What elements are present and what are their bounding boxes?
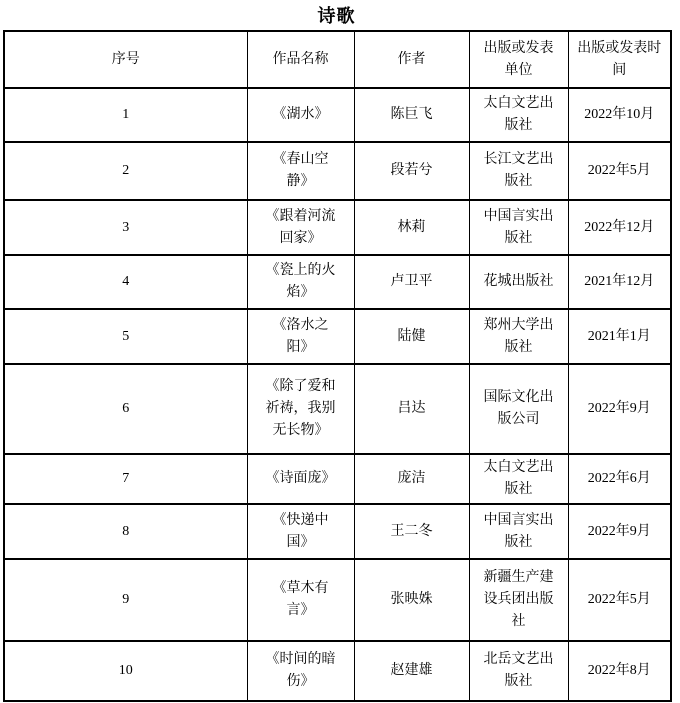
cell-index: 3 — [4, 200, 247, 255]
cell-index: 7 — [4, 454, 247, 504]
cell-date: 2021年12月 — [568, 255, 671, 309]
header-work: 作品名称 — [247, 31, 354, 88]
table-header-row: 序号 作品名称 作者 出版或发表 单位 出版或发表时 间 — [4, 31, 671, 88]
cell-publisher: 新疆生产建 设兵团出版 社 — [469, 559, 568, 641]
cell-author: 庞洁 — [354, 454, 469, 504]
header-author: 作者 — [354, 31, 469, 88]
cell-author: 吕达 — [354, 364, 469, 454]
table-row: 4《瓷上的火 焰》卢卫平花城出版社2021年12月 — [4, 255, 671, 309]
cell-publisher: 中国言实出 版社 — [469, 504, 568, 559]
cell-index: 1 — [4, 88, 247, 142]
cell-date: 2022年9月 — [568, 504, 671, 559]
cell-work-title: 《湖水》 — [247, 88, 354, 142]
document-page: 诗歌 序号 作品名称 作者 出版或发表 单位 出版或发表时 间 1《湖水》陈巨飞… — [0, 0, 680, 703]
cell-index: 8 — [4, 504, 247, 559]
cell-work-title: 《跟着河流 回家》 — [247, 200, 354, 255]
cell-index: 2 — [4, 142, 247, 200]
cell-publisher: 太白文艺出 版社 — [469, 454, 568, 504]
poetry-table: 序号 作品名称 作者 出版或发表 单位 出版或发表时 间 1《湖水》陈巨飞太白文… — [3, 30, 672, 702]
cell-index: 10 — [4, 641, 247, 701]
table-row: 1《湖水》陈巨飞太白文艺出 版社2022年10月 — [4, 88, 671, 142]
cell-work-title: 《时间的暗 伤》 — [247, 641, 354, 701]
cell-publisher: 国际文化出 版公司 — [469, 364, 568, 454]
header-date: 出版或发表时 间 — [568, 31, 671, 88]
cell-author: 林莉 — [354, 200, 469, 255]
cell-date: 2022年12月 — [568, 200, 671, 255]
header-index: 序号 — [4, 31, 247, 88]
cell-date: 2022年10月 — [568, 88, 671, 142]
cell-author: 张映姝 — [354, 559, 469, 641]
table-row: 8《快递中 国》王二冬中国言实出 版社2022年9月 — [4, 504, 671, 559]
cell-date: 2022年5月 — [568, 142, 671, 200]
table-row: 5《洛水之 阳》陆健郑州大学出 版社2021年1月 — [4, 309, 671, 364]
cell-work-title: 《快递中 国》 — [247, 504, 354, 559]
cell-publisher: 太白文艺出 版社 — [469, 88, 568, 142]
cell-date: 2022年8月 — [568, 641, 671, 701]
cell-index: 6 — [4, 364, 247, 454]
cell-author: 卢卫平 — [354, 255, 469, 309]
cell-author: 王二冬 — [354, 504, 469, 559]
table-row: 9《草木有 言》张映姝新疆生产建 设兵团出版 社2022年5月 — [4, 559, 671, 641]
cell-work-title: 《春山空 静》 — [247, 142, 354, 200]
table-body: 1《湖水》陈巨飞太白文艺出 版社2022年10月2《春山空 静》段若兮长江文艺出… — [4, 88, 671, 701]
cell-date: 2021年1月 — [568, 309, 671, 364]
cell-work-title: 《诗面庞》 — [247, 454, 354, 504]
table-row: 10《时间的暗 伤》赵建雄北岳文艺出 版社2022年8月 — [4, 641, 671, 701]
page-title: 诗歌 — [3, 0, 670, 30]
cell-author: 段若兮 — [354, 142, 469, 200]
cell-author: 赵建雄 — [354, 641, 469, 701]
cell-work-title: 《除了爱和 祈祷，我别 无长物》 — [247, 364, 354, 454]
table-row: 3《跟着河流 回家》林莉中国言实出 版社2022年12月 — [4, 200, 671, 255]
cell-index: 9 — [4, 559, 247, 641]
cell-publisher: 中国言实出 版社 — [469, 200, 568, 255]
cell-date: 2022年6月 — [568, 454, 671, 504]
cell-date: 2022年9月 — [568, 364, 671, 454]
table-header: 序号 作品名称 作者 出版或发表 单位 出版或发表时 间 — [4, 31, 671, 88]
cell-index: 4 — [4, 255, 247, 309]
cell-publisher: 花城出版社 — [469, 255, 568, 309]
cell-work-title: 《瓷上的火 焰》 — [247, 255, 354, 309]
cell-index: 5 — [4, 309, 247, 364]
header-publisher: 出版或发表 单位 — [469, 31, 568, 88]
cell-publisher: 长江文艺出 版社 — [469, 142, 568, 200]
cell-publisher: 北岳文艺出 版社 — [469, 641, 568, 701]
table-row: 7《诗面庞》庞洁太白文艺出 版社2022年6月 — [4, 454, 671, 504]
cell-author: 陆健 — [354, 309, 469, 364]
cell-work-title: 《草木有 言》 — [247, 559, 354, 641]
cell-author: 陈巨飞 — [354, 88, 469, 142]
cell-publisher: 郑州大学出 版社 — [469, 309, 568, 364]
table-row: 2《春山空 静》段若兮长江文艺出 版社2022年5月 — [4, 142, 671, 200]
cell-date: 2022年5月 — [568, 559, 671, 641]
cell-work-title: 《洛水之 阳》 — [247, 309, 354, 364]
table-row: 6《除了爱和 祈祷，我别 无长物》吕达国际文化出 版公司2022年9月 — [4, 364, 671, 454]
